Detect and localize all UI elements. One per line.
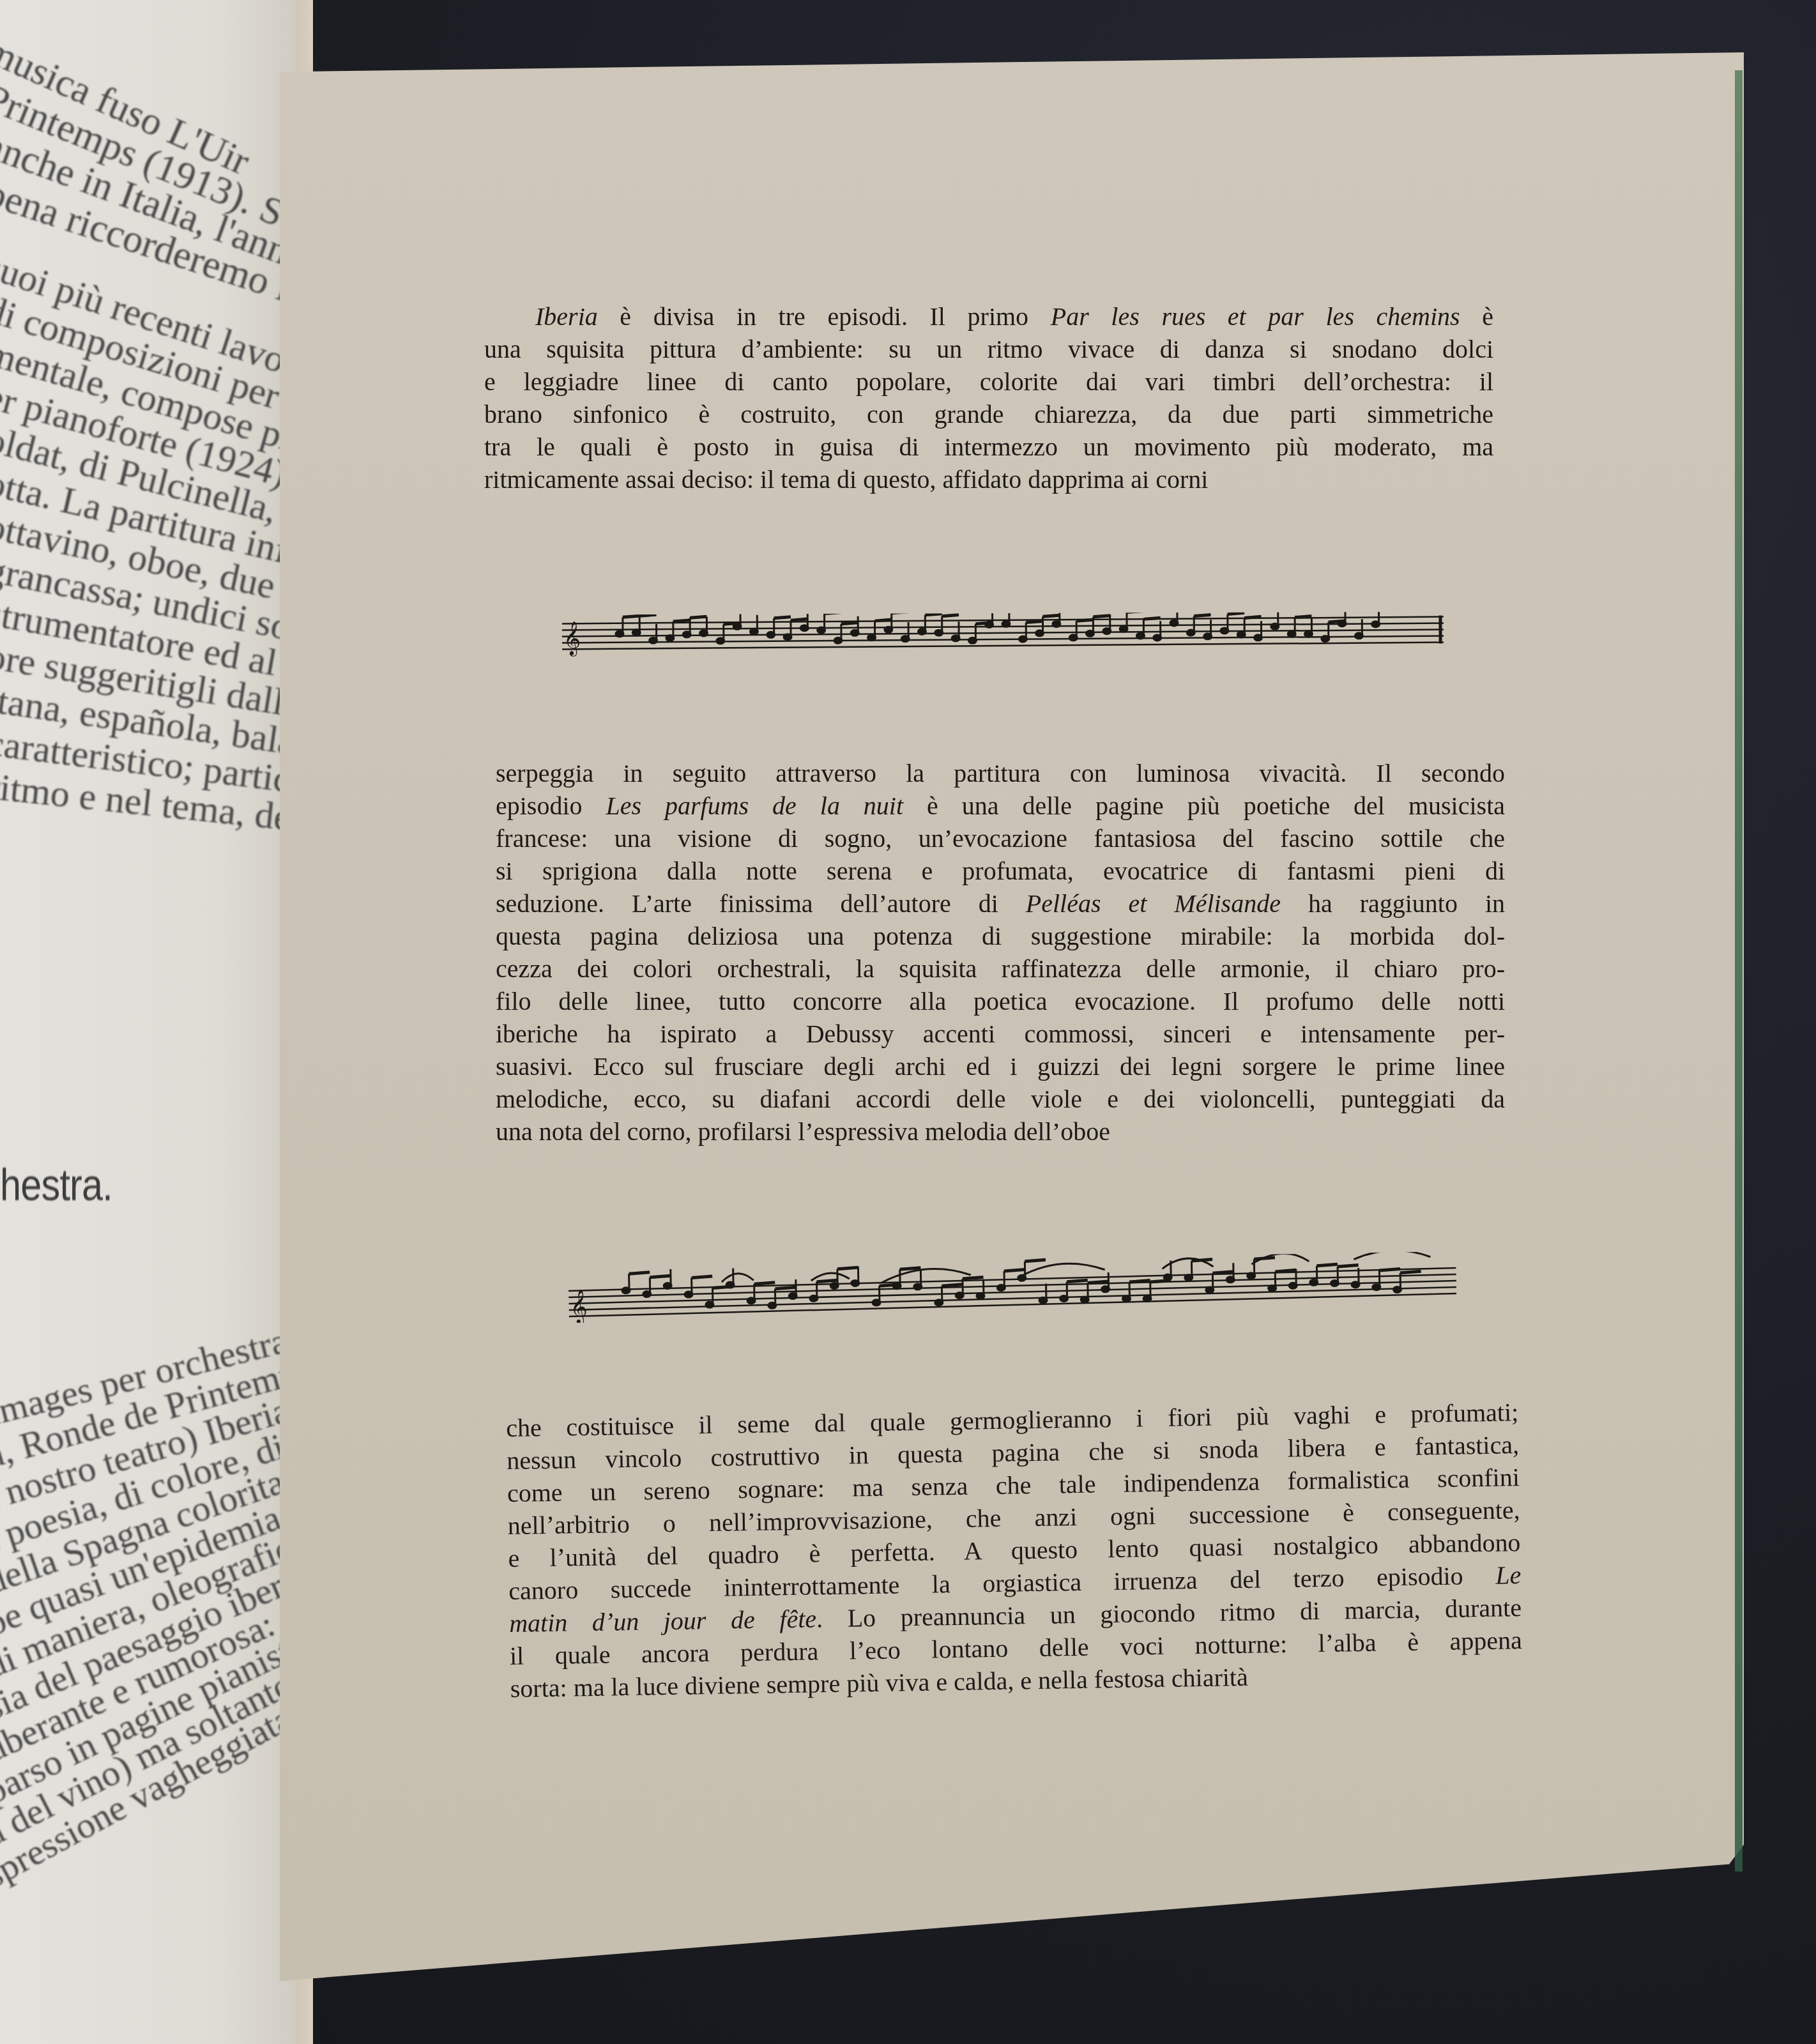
text-line: questa pagina deliziosa una potenza di s… [496,920,1505,952]
text-line: ritmicamente assai deciso: il tema di qu… [484,463,1493,496]
text-line: suasivi. Ecco sul frusciare degli archi … [496,1050,1505,1083]
text-run: e leggiadre linee di canto popolare, col… [484,367,1493,396]
text-run: questa pagina deliziosa una potenza di s… [496,922,1505,950]
paragraph-3: che costituisce il seme dal quale germog… [506,1396,1523,1705]
text-run: episodio [496,791,606,820]
text-line: seduzione. L’arte finissima dell’autore … [496,887,1505,920]
left-heading-fragment: hestra. [0,1159,112,1210]
text-run: seduzione. L’arte finissima dell’autore … [496,889,1026,918]
text-run: è divisa in tre episodi. Il primo [598,302,1051,331]
music-excerpt-horn-theme: 𝄞 [562,612,1444,660]
text-run: tra le quali è posto in guisa di interme… [484,432,1493,461]
text-line: iberiche ha ispirato a Debussy accenti c… [496,1018,1505,1050]
text-line: melodiche, ecco, su diafani accordi dell… [496,1083,1505,1115]
text-line: si sprigiona dalla notte serena e profum… [496,855,1505,887]
italic-title: Les parfums de la nuit [606,791,904,820]
text-line: tra le quali è posto in guisa di interme… [484,431,1493,463]
text-line: episodio Les parfums de la nuit è una de… [496,789,1505,822]
text-run: iberiche ha ispirato a Debussy accenti c… [496,1019,1505,1048]
italic-title: Par les rues et par les chemins [1051,302,1460,331]
text-line: francese: una visione di sogno, un’evoca… [496,822,1505,855]
music-staff-icon: 𝄞 [562,612,1444,660]
text-run: serpeggia in seguito attraverso la parti… [496,759,1505,788]
text-line: cezza dei colori orchestrali, la squisit… [496,952,1505,985]
text-run: francese: una visione di sogno, un’evoca… [496,824,1505,853]
text-run: si sprigiona dalla notte serena e profum… [496,857,1505,885]
text-run: ha raggiunto in [1281,889,1505,918]
text-run: è una delle pagine più poetiche del musi… [903,791,1505,820]
left-facing-page: musica fuso L'UirPrintemps (1913). Strav… [0,0,313,2044]
paragraph-2: serpeggia in seguito attraverso la parti… [496,757,1505,1148]
svg-text:𝄞: 𝄞 [570,1288,588,1322]
text-run: filo delle linee, tutto concorre alla po… [496,987,1505,1016]
italic-title: matin d’un jour de fête [509,1604,817,1638]
text-line: serpeggia in seguito attraverso la parti… [496,757,1505,789]
text-run: suasivi. Ecco sul frusciare degli archi … [496,1052,1505,1081]
italic-title: Iberia [535,302,598,331]
text-run: cezza dei colori orchestrali, la squisit… [496,954,1505,983]
svg-text:𝄞: 𝄞 [563,620,581,656]
italic-title: Pelléas et Mélisande [1026,889,1281,918]
text-line: una squisita pittura d’ambiente: su un r… [484,333,1493,365]
text-run: brano sinfonico è costruito, con grande … [484,400,1493,429]
text-line: brano sinfonico è costruito, con grande … [484,398,1493,431]
text-line: filo delle linee, tutto concorre alla po… [496,985,1505,1018]
page-edge-green [1735,70,1743,1872]
text-run: è [1460,302,1493,331]
text-run: melodiche, ecco, su diafani accordi dell… [496,1085,1505,1113]
text-line: e leggiadre linee di canto popolare, col… [484,365,1493,398]
text-run: ritmicamente assai deciso: il tema di qu… [484,465,1208,494]
text-run: una nota del corno, profilarsi l’espress… [496,1117,1110,1146]
paragraph-1: Iberia è divisa in tre episodi. Il primo… [484,300,1493,496]
text-line: Iberia è divisa in tre episodi. Il primo… [484,300,1493,333]
italic-title: Le [1495,1560,1522,1590]
text-line: una nota del corno, profilarsi l’espress… [496,1115,1505,1148]
text-run: una squisita pittura d’ambiente: su un r… [484,335,1493,363]
